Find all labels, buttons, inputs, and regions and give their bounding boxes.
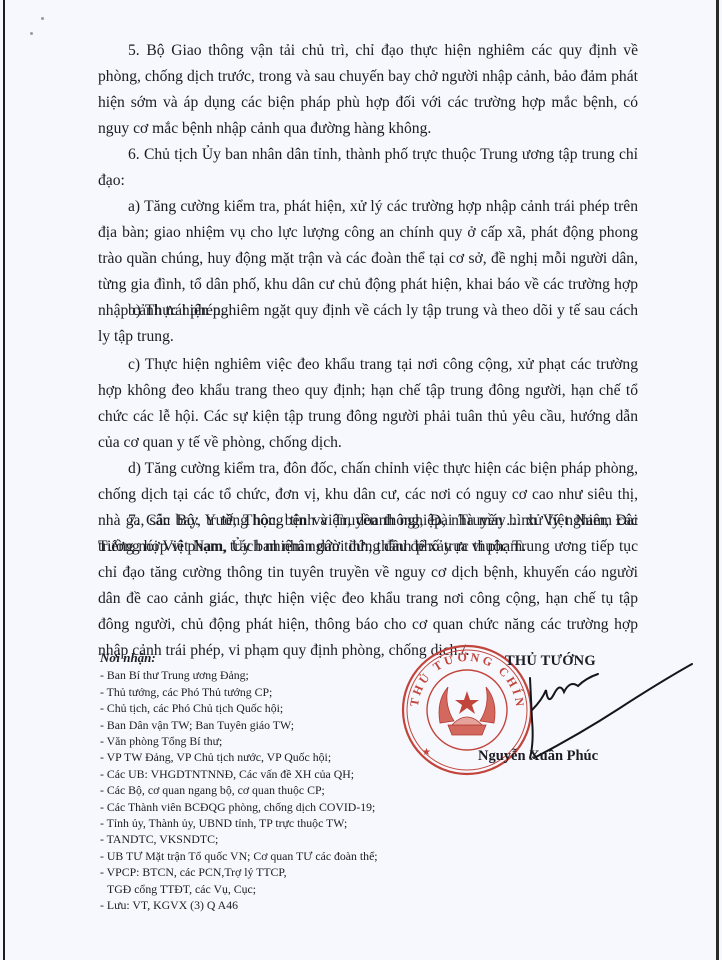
- recipient-item: - Lưu: VT, KGVX (3) Q A46: [100, 897, 420, 913]
- paragraph-6c: c) Thực hiện nghiêm việc đeo khẩu trang …: [98, 352, 638, 456]
- recipient-item: - Ban Bí thư Trung ương Đảng;: [100, 667, 420, 683]
- paragraph-6: 6. Chủ tịch Ủy ban nhân dân tỉnh, thành …: [98, 142, 638, 194]
- page-left-border: [3, 0, 5, 960]
- recipients-title: Nơi nhận:: [100, 650, 420, 666]
- recipient-item: - Các UB: VHGDTNTNNĐ, Các vấn đề XH của …: [100, 766, 420, 782]
- recipient-item: - Các Bộ, cơ quan ngang bộ, cơ quan thuộ…: [100, 782, 420, 798]
- recipient-item: TGĐ cổng TTĐT, các Vụ, Cục;: [100, 881, 420, 897]
- svg-text:★: ★: [422, 747, 431, 758]
- signer-name: Nguyễn Xuân Phúc: [478, 748, 598, 765]
- recipient-item: - Văn phòng Tổng Bí thư;: [100, 733, 420, 749]
- recipients-list: Nơi nhận: - Ban Bí thư Trung ương Đảng; …: [100, 650, 420, 914]
- scan-speck: [30, 32, 33, 35]
- recipient-item: - Tỉnh ủy, Thành ủy, UBND tỉnh, TP trực …: [100, 815, 420, 831]
- paragraph-6b: b) Thực hiện nghiêm ngặt quy định về các…: [98, 298, 638, 350]
- recipient-item: - UB TƯ Mặt trận Tổ quốc VN; Cơ quan TƯ …: [100, 848, 420, 864]
- recipient-item: - Thủ tướng, các Phó Thủ tướng CP;: [100, 684, 420, 700]
- recipient-item: - Chủ tịch, các Phó Chủ tịch Quốc hội;: [100, 700, 420, 716]
- recipient-item: - TANDTC, VKSNDTC;: [100, 831, 420, 847]
- recipient-item: - VP TW Đảng, VP Chủ tịch nước, VP Quốc …: [100, 749, 420, 765]
- signer-title: THỦ TƯỚNG: [505, 653, 596, 670]
- paragraph-5: 5. Bộ Giao thông vận tải chủ trì, chỉ đạ…: [98, 38, 638, 142]
- recipient-item: - Ban Dân vận TW; Ban Tuyên giáo TW;: [100, 717, 420, 733]
- paragraph-7: 7. Các Bộ: Y tế, Thông tin và Truyền thô…: [98, 508, 638, 664]
- scan-speck: [41, 17, 44, 20]
- page-right-border: [716, 0, 719, 960]
- recipient-item: - VPCP: BTCN, các PCN,Trợ lý TTCP,: [100, 864, 420, 880]
- recipient-item: - Các Thành viên BCĐQG phòng, chống dịch…: [100, 799, 420, 815]
